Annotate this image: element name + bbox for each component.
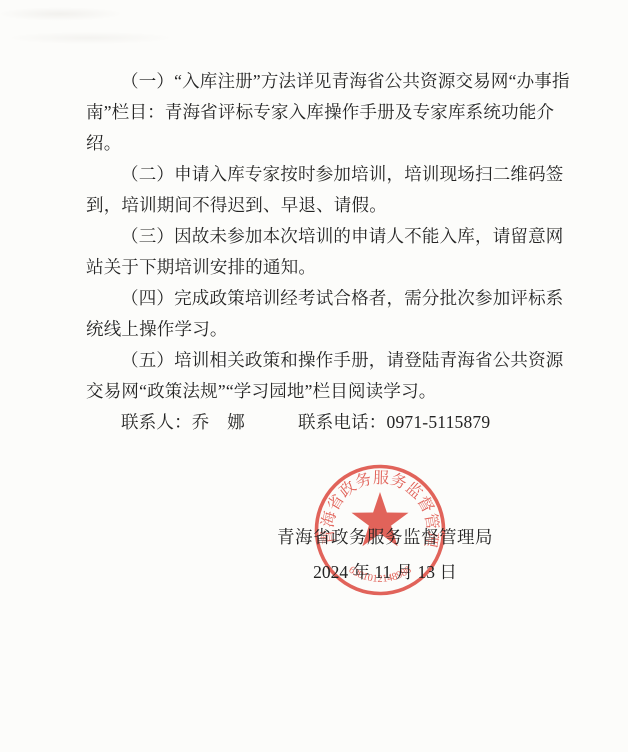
document-body: （一）“入库注册”方法详见青海省公共资源交易网“办事指南”栏目：青海省评标专家入… bbox=[86, 66, 566, 438]
document-line: 到，培训期间不得迟到、早退、请假。 bbox=[86, 190, 566, 221]
document-line: （二）申请入库专家按时参加培训，培训现场扫二维码签 bbox=[86, 159, 566, 190]
signature-block: 青海省政务服务监督管理局 2024 年 11 月 13 日 bbox=[272, 524, 498, 585]
scan-artifact bbox=[0, 0, 300, 60]
signature-agency: 青海省政务服务监督管理局 bbox=[272, 524, 498, 550]
document-line: 南”栏目：青海省评标专家入库操作手册及专家库系统功能介 bbox=[86, 97, 566, 128]
document-line: 联系人：乔 娜 联系电话：0971-5115879 bbox=[86, 407, 566, 438]
document-line: （四）完成政策培训经考试合格者，需分批次参加评标系 bbox=[86, 283, 566, 314]
signature-date: 2024 年 11 月 13 日 bbox=[272, 559, 498, 585]
document-line: （五）培训相关政策和操作手册，请登陆青海省公共资源 bbox=[86, 345, 566, 376]
document-page: （一）“入库注册”方法详见青海省公共资源交易网“办事指南”栏目：青海省评标专家入… bbox=[0, 0, 628, 752]
document-line: 统线上操作学习。 bbox=[86, 314, 566, 345]
document-line: 绍。 bbox=[86, 128, 566, 159]
document-line: 交易网“政策法规”“学习园地”栏目阅读学习。 bbox=[86, 376, 566, 407]
document-line: 站关于下期培训安排的通知。 bbox=[86, 252, 566, 283]
document-line: （三）因故未参加本次培训的申请人不能入库，请留意网 bbox=[86, 221, 566, 252]
document-line: （一）“入库注册”方法详见青海省公共资源交易网“办事指 bbox=[86, 66, 566, 97]
